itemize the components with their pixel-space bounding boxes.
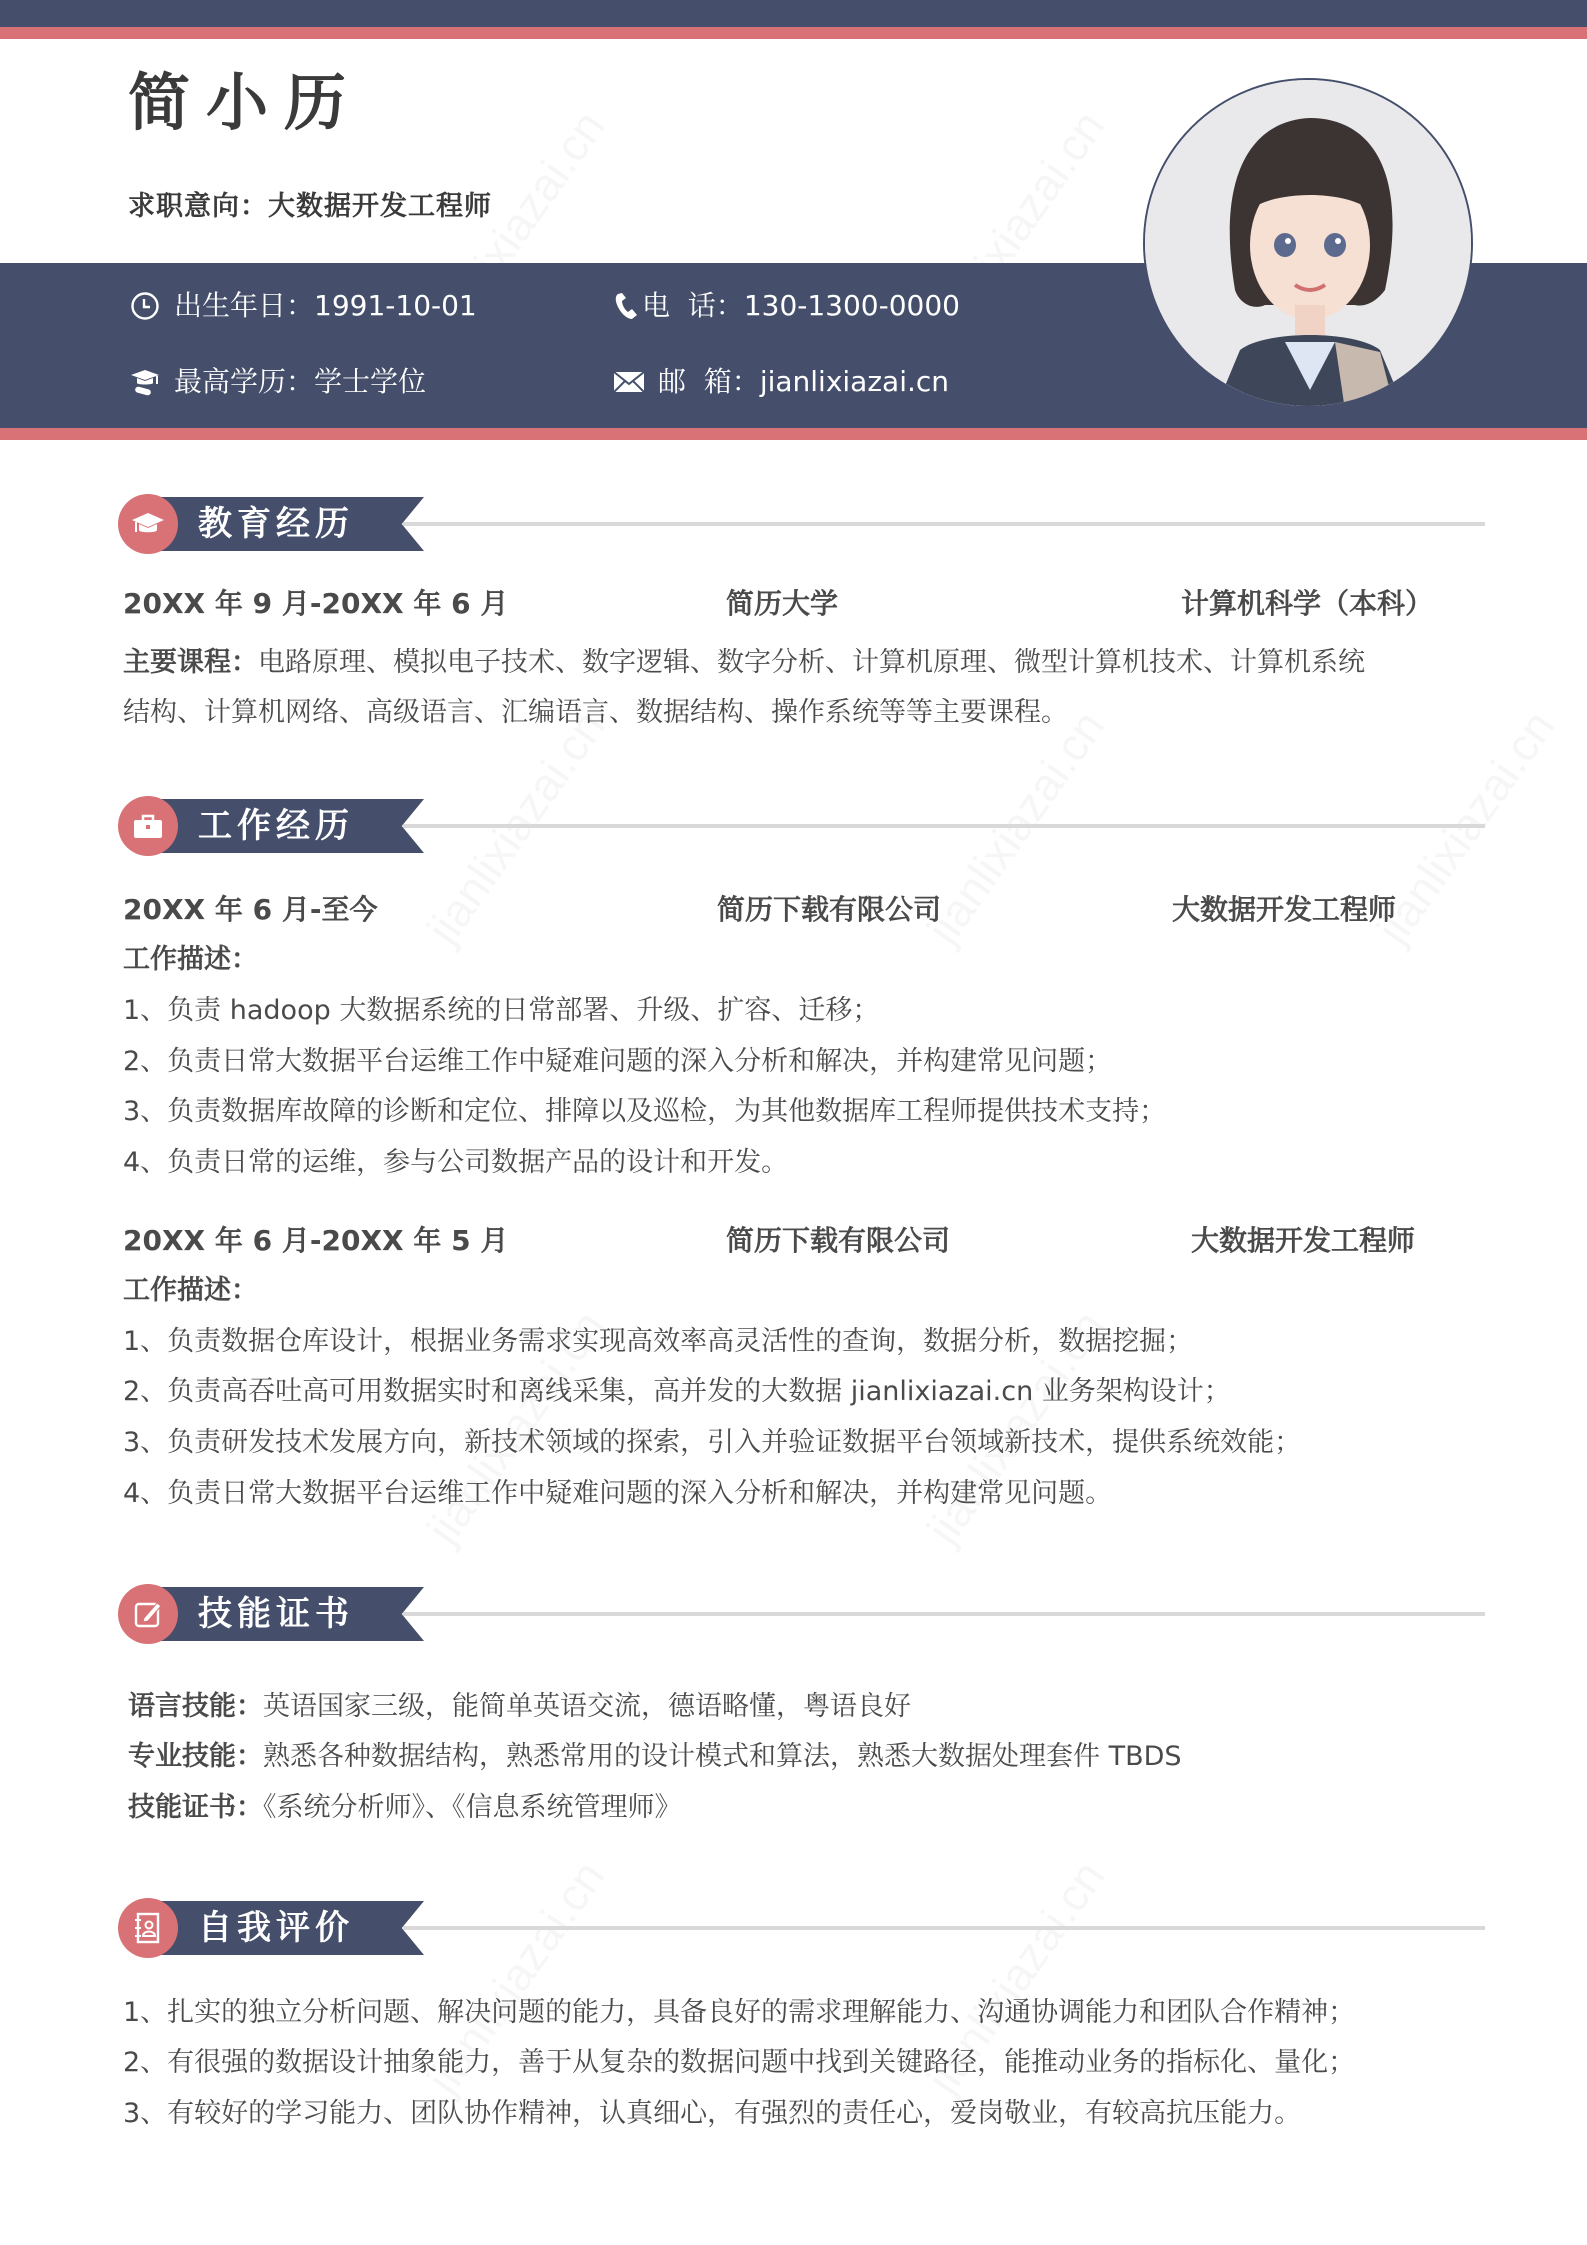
job-2-period: 20XX 年 6 月-20XX 年 5 月: [123, 1227, 508, 1255]
education-courses: 主要课程：电路原理、模拟电子技术、数字逻辑、数字分析、计算机原理、微型计算机技术…: [123, 649, 1365, 676]
job-2-position: 大数据开发工程师: [1191, 1227, 1415, 1255]
job-intent-value: 大数据开发工程师: [268, 191, 492, 222]
info-email: 邮 箱：jianlixiazai.cn: [612, 365, 949, 399]
job-1-item: 3、负责数据库故障的诊断和定位、排障以及巡检，为其他数据库工程师提供技术支持；: [123, 1098, 1166, 1125]
job-1-desc-label: 工作描述：: [123, 946, 258, 973]
top-rose-bar: [0, 27, 1587, 39]
section-header-education: 教育经历: [118, 494, 1488, 554]
job-2-item: 3、负责研发技术发展方向，新技术领域的探索，引入并验证数据平台领域新技术，提供系…: [123, 1429, 1301, 1456]
edit-icon: [118, 1584, 178, 1644]
info-birthdate: 出生年日：1991-10-01: [128, 289, 477, 323]
clock-icon: [128, 289, 162, 323]
section-divider: [403, 824, 1485, 828]
job-intent-label: 求职意向：: [128, 191, 268, 222]
phone-icon: [612, 289, 642, 323]
section-header-skills: 技能证书: [118, 1584, 1488, 1644]
avatar: [1143, 78, 1473, 408]
education-courses-cont: 结构、计算机网络、高级语言、汇编语言、数据结构、操作系统等等主要课程。: [123, 699, 1068, 726]
job-1-item: 4、负责日常的运维，参与公司数据产品的设计和开发。: [123, 1149, 788, 1176]
email-link[interactable]: jianlixiazai.cn: [760, 368, 949, 396]
job-1-period: 20XX 年 6 月-至今: [123, 896, 378, 924]
job-intent: 求职意向：大数据开发工程师: [128, 191, 492, 223]
job-1-company: 简历下载有限公司: [717, 896, 941, 924]
section-title: 教育经历: [198, 502, 354, 546]
job-2-desc-label: 工作描述：: [123, 1277, 258, 1304]
section-title: 自我评价: [198, 1906, 354, 1950]
profile-card-icon: [118, 1898, 178, 1958]
envelope-icon: [612, 365, 646, 399]
job-2-item: 1、负责数据仓库设计，根据业务需求实现高效率高灵活性的查询，数据分析，数据挖掘；: [123, 1328, 1193, 1355]
job-2-company: 简历下载有限公司: [726, 1227, 950, 1255]
education-school: 简历大学: [726, 590, 838, 618]
section-divider: [403, 1612, 1485, 1616]
skill-row-language: 语言技能：英语国家三级，能简单英语交流，德语略懂，粤语良好: [128, 1693, 911, 1720]
section-header-self-evaluation: 自我评价: [118, 1898, 1488, 1958]
top-navy-bar: [0, 0, 1587, 27]
education-period: 20XX 年 9 月-20XX 年 6 月: [123, 590, 508, 618]
job-1-position: 大数据开发工程师: [1172, 896, 1396, 924]
graduation-cap-icon: [128, 365, 162, 399]
avatar-illustration: [1145, 80, 1473, 408]
job-1-item: 1、负责 hadoop 大数据系统的日常部署、升级、扩容、迁移；: [123, 997, 879, 1024]
contact-band-rose-stripe: [0, 428, 1587, 440]
section-title: 工作经历: [198, 804, 354, 848]
candidate-name: 简小历: [128, 72, 362, 134]
job-2-item: 4、负责日常大数据平台运维工作中疑难问题的深入分析和解决，并构建常见问题。: [123, 1480, 1112, 1507]
job-1-item: 2、负责日常大数据平台运维工作中疑难问题的深入分析和解决，并构建常见问题；: [123, 1048, 1112, 1075]
education-major: 计算机科学（本科）: [1181, 590, 1433, 618]
skill-row-professional: 专业技能：熟悉各种数据结构，熟悉常用的设计模式和算法，熟悉大数据处理套件 TBD…: [128, 1743, 1182, 1770]
self-eval-item: 2、有很强的数据设计抽象能力，善于从复杂的数据问题中找到关键路径，能推动业务的指…: [123, 2049, 1355, 2076]
section-header-work: 工作经历: [118, 796, 1488, 856]
briefcase-icon: [118, 796, 178, 856]
graduation-cap-icon: [118, 494, 178, 554]
self-eval-item: 1、扎实的独立分析问题、解决问题的能力，具备良好的需求理解能力、沟通协调能力和团…: [123, 1999, 1355, 2026]
self-eval-item: 3、有较好的学习能力、团队协作精神，认真细心，有强烈的责任心，爱岗敬业，有较高抗…: [123, 2100, 1301, 2127]
section-divider: [403, 1926, 1485, 1930]
job-2-item: 2、负责高吞吐高可用数据实时和离线采集，高并发的大数据 jianlixiazai…: [123, 1378, 1231, 1405]
courses-label: 主要课程：: [123, 647, 258, 678]
info-phone: 电 话：130-1300-0000: [612, 289, 960, 323]
section-title: 技能证书: [198, 1592, 354, 1636]
skill-row-certificates: 技能证书：《系统分析师》、《信息系统管理师》: [128, 1794, 682, 1821]
info-education-level: 最高学历：学士学位: [128, 365, 426, 399]
section-divider: [403, 522, 1485, 526]
